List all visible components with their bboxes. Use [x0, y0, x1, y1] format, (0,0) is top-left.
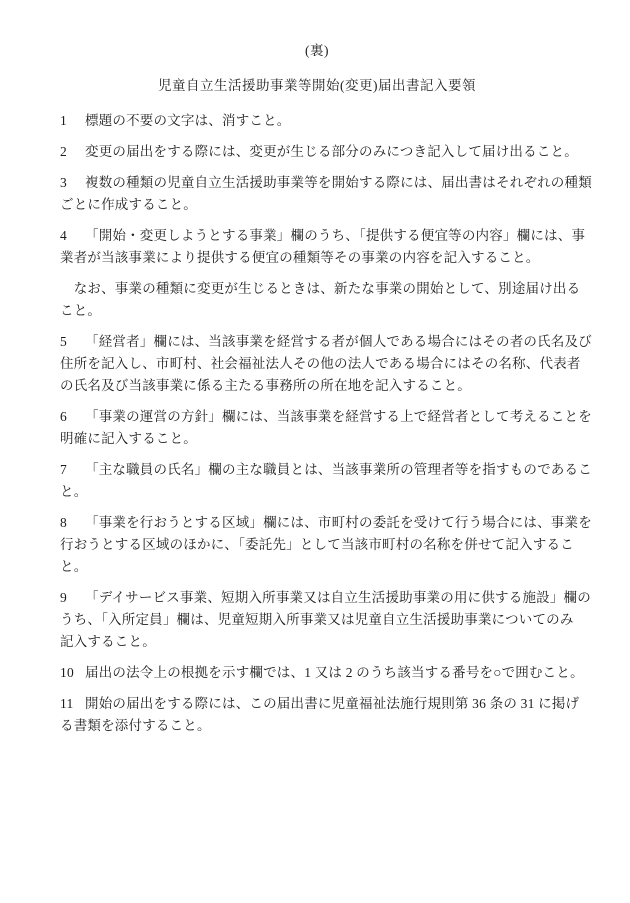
item-text: 「デイサービス事業、短期入所事業又は自立生活援助事業の用に供する施設」欄の [85, 590, 591, 605]
instruction-item-3: 3複数の種類の児童自立生活援助事業等を開始する際には、届出書はそれぞれの種類 ご… [60, 172, 574, 216]
instruction-item-7: 7「主な職員の氏名」欄の主な職員とは、当該事業所の管理者等を指すものであるこ と… [60, 459, 574, 503]
item-number: 10 [60, 662, 76, 684]
item-line: なお、事業の種類に変更が生じるときは、新たな事業の開始として、別途届け出る [60, 278, 574, 300]
item-line: 3複数の種類の児童自立生活援助事業等を開始する際には、届出書はそれぞれの種類 [60, 172, 574, 194]
item-text: 「経営者」欄には、当該事業を経営する者が個人である場合にはその者の氏名及び [85, 334, 592, 349]
item-number: 1 [60, 110, 76, 132]
item-text: 開始の届出をする際には、この届出書に児童福祉法施行規則第 36 条の 31 に掲… [85, 696, 579, 711]
instruction-item-4: 4「開始・変更しようとする事業」欄のうち、「提供する便宜等の内容」欄には、事 業… [60, 225, 574, 269]
item-number: 11 [60, 693, 76, 715]
instruction-item-9: 9「デイサービス事業、短期入所事業又は自立生活援助事業の用に供する施設」欄の う… [60, 587, 574, 653]
item-line: うち、「入所定員」欄は、児童短期入所事業又は児童自立生活援助事業についてのみ [60, 609, 574, 631]
instruction-item-1: 1標題の不要の文字は、消すこと。 [60, 110, 574, 132]
item-text: 複数の種類の児童自立生活援助事業等を開始する際には、届出書はそれぞれの種類 [85, 175, 592, 190]
item-line: 明確に記入すること。 [60, 428, 574, 450]
item-number: 8 [60, 512, 76, 534]
document-page: (裏) 児童自立生活援助事業等開始(変更)届出書記入要領 1標題の不要の文字は、… [0, 0, 630, 903]
item-line: 2変更の届出をする際には、変更が生じる部分のみにつき記入して届け出ること。 [60, 141, 574, 163]
item-line: 住所を記入し、市町村、社会福祉法人その他の法人である場合にはその名称、代表者 [60, 353, 574, 375]
item-number: 2 [60, 141, 76, 163]
item-line: ごとに作成すること。 [60, 194, 574, 216]
item-line: 5「経営者」欄には、当該事業を経営する者が個人である場合にはその者の氏名及び [60, 331, 574, 353]
item-line: と。 [60, 556, 574, 578]
instruction-item-6: 6「事業の運営の方針」欄には、当該事業を経営する上で経営者として考えることを 明… [60, 406, 574, 450]
item-line: 10届出の法令上の根拠を示す欄では、1 又は 2 のうち該当する番号を○で囲むこ… [60, 662, 574, 684]
item-line: と。 [60, 481, 574, 503]
item-line: 9「デイサービス事業、短期入所事業又は自立生活援助事業の用に供する施設」欄の [60, 587, 574, 609]
item-number: 5 [60, 331, 76, 353]
item-line: 7「主な職員の氏名」欄の主な職員とは、当該事業所の管理者等を指すものであるこ [60, 459, 574, 481]
instruction-item-11: 11開始の届出をする際には、この届出書に児童福祉法施行規則第 36 条の 31 … [60, 693, 574, 737]
item-text: 「開始・変更しようとする事業」欄のうち、「提供する便宜等の内容」欄には、事 [85, 228, 585, 243]
item-line: 行おうとする区域のほかに、「委託先」として当該市町村の名称を併せて記入するこ [60, 534, 574, 556]
instruction-item-4-note: なお、事業の種類に変更が生じるときは、新たな事業の開始として、別途届け出る こと… [60, 278, 574, 322]
item-text: 届出の法令上の根拠を示す欄では、1 又は 2 のうち該当する番号を○で囲むこと。 [85, 665, 584, 680]
instruction-item-10: 10届出の法令上の根拠を示す欄では、1 又は 2 のうち該当する番号を○で囲むこ… [60, 662, 574, 684]
item-line: 記入すること。 [60, 631, 574, 653]
item-number: 3 [60, 172, 76, 194]
instruction-item-8: 8「事業を行おうとする区域」欄には、市町村の委託を受けて行う場合には、事業を 行… [60, 512, 574, 578]
item-text: 「事業を行おうとする区域」欄には、市町村の委託を受けて行う場合には、事業を [85, 515, 592, 530]
document-title: 児童自立生活援助事業等開始(変更)届出書記入要領 [60, 75, 574, 97]
item-line: る書類を添付すること。 [60, 715, 574, 737]
item-text: 標題の不要の文字は、消すこと。 [85, 113, 291, 128]
item-line: 4「開始・変更しようとする事業」欄のうち、「提供する便宜等の内容」欄には、事 [60, 225, 574, 247]
item-line: の氏名及び当該事業に係る主たる事務所の所在地を記入すること。 [60, 375, 574, 397]
item-text: 「事業の運営の方針」欄には、当該事業を経営する上で経営者として考えることを [85, 409, 592, 424]
item-line: 8「事業を行おうとする区域」欄には、市町村の委託を受けて行う場合には、事業を [60, 512, 574, 534]
item-number: 6 [60, 406, 76, 428]
item-number: 7 [60, 459, 76, 481]
item-line: こと。 [60, 300, 574, 322]
item-text: 変更の届出をする際には、変更が生じる部分のみにつき記入して届け出ること。 [85, 144, 578, 159]
item-line: 6「事業の運営の方針」欄には、当該事業を経営する上で経営者として考えることを [60, 406, 574, 428]
item-text: 「主な職員の氏名」欄の主な職員とは、当該事業所の管理者等を指すものであるこ [85, 462, 592, 477]
item-line: 業者が当該事業により提供する便宜の種類等その事業の内容を記入すること。 [60, 247, 574, 269]
item-line: 1標題の不要の文字は、消すこと。 [60, 110, 574, 132]
page-side-label: (裏) [60, 40, 574, 62]
item-number: 4 [60, 225, 76, 247]
instruction-item-2: 2変更の届出をする際には、変更が生じる部分のみにつき記入して届け出ること。 [60, 141, 574, 163]
item-number: 9 [60, 587, 76, 609]
item-line: 11開始の届出をする際には、この届出書に児童福祉法施行規則第 36 条の 31 … [60, 693, 574, 715]
instruction-item-5: 5「経営者」欄には、当該事業を経営する者が個人である場合にはその者の氏名及び 住… [60, 331, 574, 397]
